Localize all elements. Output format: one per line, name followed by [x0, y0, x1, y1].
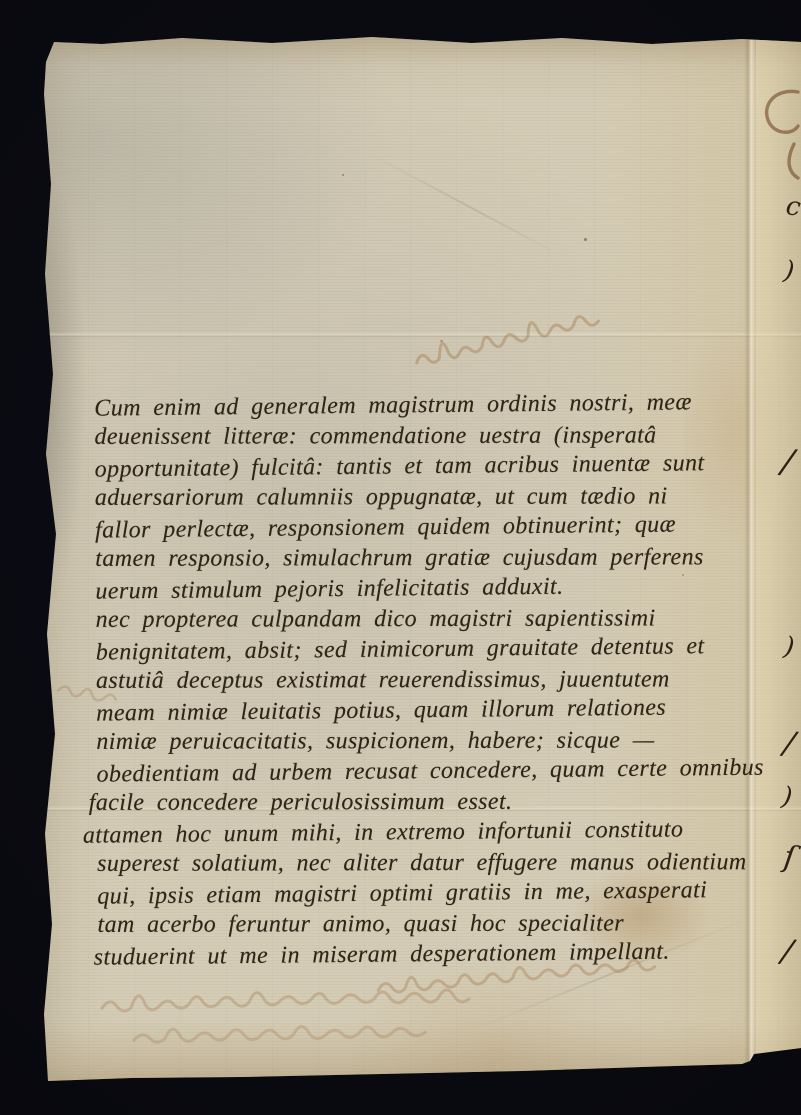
letter-line: nec propterea culpandam dico magistri sa…	[96, 603, 786, 635]
letter-line: aduersariorum calumniis oppugnatæ, ut cu…	[95, 481, 785, 513]
paper-speck	[440, 340, 443, 342]
letter-line: qui, ipsis etiam magistri optimi gratiis…	[97, 874, 787, 912]
ink-fragment: c	[784, 191, 801, 223]
letter-line: astutiâ deceptus existimat reuerendissim…	[96, 664, 786, 696]
letter-line: meam nimiæ leuitatis potius, quam illoru…	[96, 691, 786, 729]
letter-line: fallor perlectæ, responsionem quidem obt…	[95, 508, 785, 546]
ink-fragment: )	[782, 255, 796, 286]
letter-line: uerum stimulum pejoris infelicitatis add…	[95, 569, 785, 607]
letter-line: tam acerbo feruntur animo, quasi hoc spe…	[97, 908, 787, 940]
show-through-script-bottom	[130, 1018, 571, 1060]
letter-line: tamen responsio, simulachrum gratiæ cuju…	[95, 542, 785, 574]
paper-speck	[342, 174, 344, 176]
letter-line: obedientiam ad urbem recusat concedere, …	[96, 752, 786, 790]
letter-line: opportunitate) fulcitâ: tantis et tam ac…	[95, 447, 785, 485]
letter-line: deuenissent litteræ: commendatione uestr…	[94, 420, 784, 452]
paper-speck	[584, 238, 587, 241]
ink-flourish	[758, 86, 800, 182]
manuscript-page: c ) ∕ ) ∕ ) ſ ∕	[42, 34, 801, 1084]
letter-text: Cum enim ad generalem magistrum ordinis …	[94, 388, 788, 972]
letter-line: nimiæ peruicacitatis, suspicionem, haber…	[96, 725, 786, 757]
photo-background: c ) ∕ ) ∕ ) ſ ∕	[0, 0, 801, 1115]
diagonal-crease	[372, 154, 567, 259]
letter-line: benignitatem, absit; sed inimicorum grau…	[96, 630, 786, 668]
letter-line: facile concedere periculosissimum esset.	[89, 786, 787, 818]
letter-line: superest solatium, nec aliter datur effu…	[97, 847, 787, 879]
letter-line: studuerint ut me in miseram desperatione…	[94, 935, 788, 973]
show-through-script-top	[407, 295, 613, 382]
letter-line: attamen hoc unum mihi, in extremo infort…	[83, 813, 787, 851]
letter-line: Cum enim ad generalem magistrum ordinis …	[94, 386, 784, 424]
